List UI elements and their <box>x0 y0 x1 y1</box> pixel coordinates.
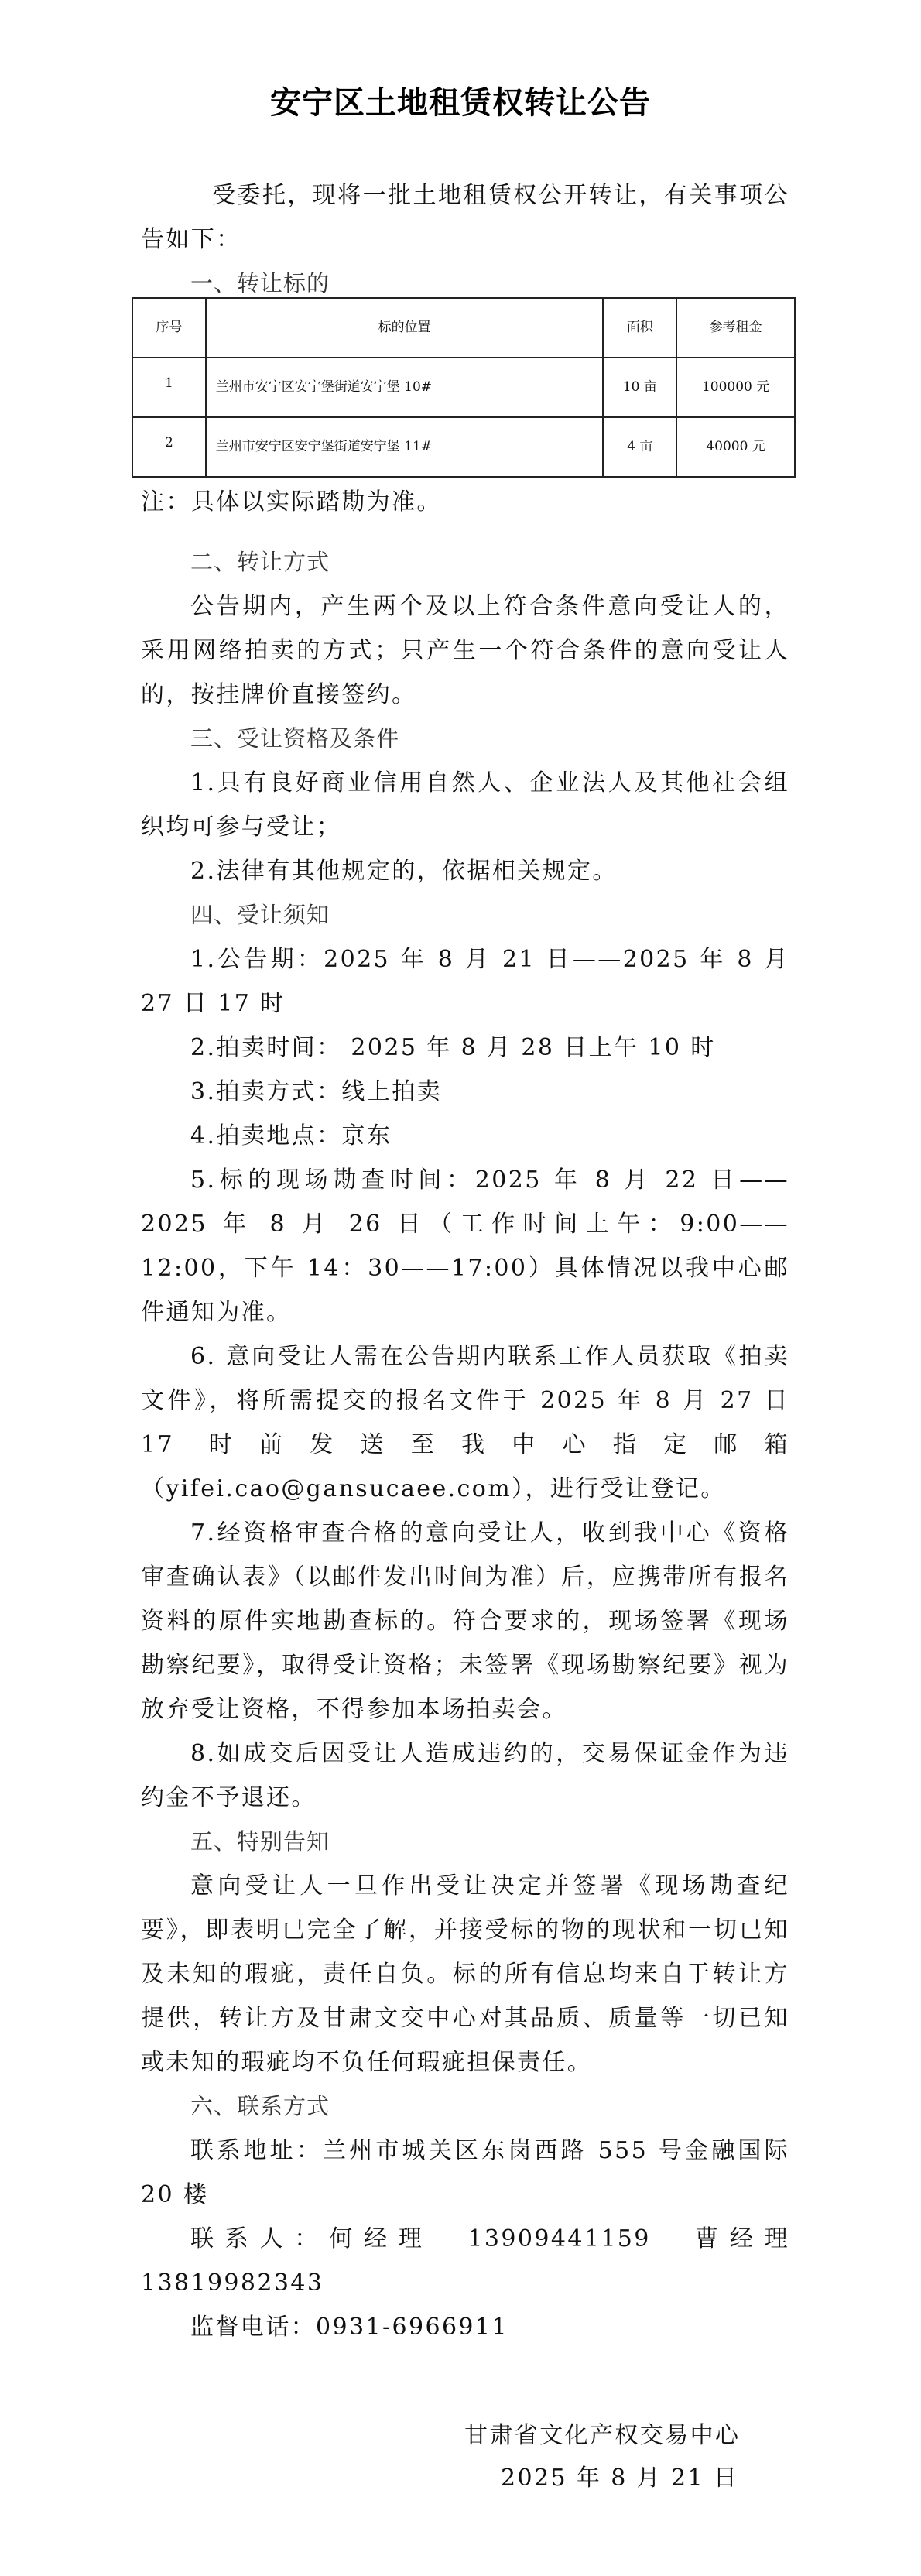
cell-location: 兰州市安宁区安宁堡街道安宁堡 11# <box>206 417 604 477</box>
section-heading-4: 四、受让须知 <box>141 893 789 937</box>
section-3-item-1: 1.具有良好商业信用自然人、企业法人及其他社会组织均可参与受让； <box>141 761 789 849</box>
section-heading-2: 二、转让方式 <box>141 540 789 584</box>
section-heading-6: 六、联系方式 <box>141 2084 789 2129</box>
section-4-item-4: 4.拍卖地点：京东 <box>141 1114 789 1158</box>
contact-address: 联系地址：兰州市城关区东岗西路 555 号金融国际 20 楼 <box>141 2129 789 2217</box>
document-title: 安宁区土地租赁权转让公告 <box>0 82 921 124</box>
section-4-item-5: 5.标的现场勘查时间：2025 年 8 月 22 日——2025 年 8 月 2… <box>141 1158 789 1334</box>
table-row: 1 兰州市安宁区安宁堡街道安宁堡 10# 10 亩 100000 元 <box>132 358 795 417</box>
cell-area: 4 亩 <box>603 417 676 477</box>
lots-table: 序号 标的位置 面积 参考租金 1 兰州市安宁区安宁堡街道安宁堡 10# 10 … <box>132 297 796 478</box>
signature-organization: 甘肃省文化产权交易中心 <box>464 2414 740 2458</box>
cell-area: 10 亩 <box>603 358 676 417</box>
header-index: 序号 <box>132 298 206 358</box>
section-4-item-6: 6. 意向受让人需在公告期内联系工作人员获取《拍卖文件》，将所需提交的报名文件于… <box>141 1334 789 1511</box>
section-5-body: 意向受让人一旦作出受让决定并签署《现场勘查纪要》，即表明已完全了解，并接受标的物… <box>141 1864 789 2084</box>
contact-persons: 联系人：何经理 13909441159 曹经理 13819982343 <box>141 2217 789 2305</box>
cell-index: 2 <box>132 417 206 477</box>
intro-paragraph: 受委托，现将一批土地租赁权公开转让，有关事项公告如下： <box>141 173 789 262</box>
section-heading-5: 五、特别告知 <box>141 1820 789 1864</box>
section-4-item-2: 2.拍卖时间： 2025 年 8 月 28 日上午 10 时 <box>141 1026 789 1070</box>
section-4-item-8: 8.如成交后因受让人造成违约的，交易保证金作为违约金不予退还。 <box>141 1732 789 1820</box>
main-body: 二、转让方式 公告期内，产生两个及以上符合条件意向受让人的，采用网络拍卖的方式；… <box>141 540 789 2349</box>
cell-rent: 40000 元 <box>676 417 795 477</box>
cell-location: 兰州市安宁区安宁堡街道安宁堡 10# <box>206 358 604 417</box>
section-3-item-2: 2.法律有其他规定的，依据相关规定。 <box>141 849 789 893</box>
section-4-item-1: 1.公告期：2025 年 8 月 21 日——2025 年 8 月 27 日 1… <box>141 937 789 1026</box>
table-header-row: 序号 标的位置 面积 参考租金 <box>132 298 795 358</box>
header-area: 面积 <box>603 298 676 358</box>
header-rent: 参考租金 <box>676 298 795 358</box>
note-block: 注：具体以实际踏勘为准。 <box>141 480 789 524</box>
intro-block: 受委托，现将一批土地租赁权公开转让，有关事项公告如下： 一、转让标的 <box>141 173 789 306</box>
header-location: 标的位置 <box>206 298 604 358</box>
section-heading-3: 三、受让资格及条件 <box>141 717 789 761</box>
cell-rent: 100000 元 <box>676 358 795 417</box>
table-note: 注：具体以实际踏勘为准。 <box>141 480 789 524</box>
table-row: 2 兰州市安宁区安宁堡街道安宁堡 11# 4 亩 40000 元 <box>132 417 795 477</box>
signature-date: 2025 年 8 月 21 日 <box>501 2457 738 2500</box>
supervision-phone: 监督电话：0931-6966911 <box>141 2305 789 2349</box>
section-4-item-3: 3.拍卖方式：线上拍卖 <box>141 1070 789 1114</box>
cell-index: 1 <box>132 358 206 417</box>
section-2-body: 公告期内，产生两个及以上符合条件意向受让人的，采用网络拍卖的方式；只产生一个符合… <box>141 584 789 717</box>
section-4-item-7: 7.经资格审查合格的意向受让人，收到我中心《资格审查确认表》（以邮件发出时间为准… <box>141 1511 789 1732</box>
